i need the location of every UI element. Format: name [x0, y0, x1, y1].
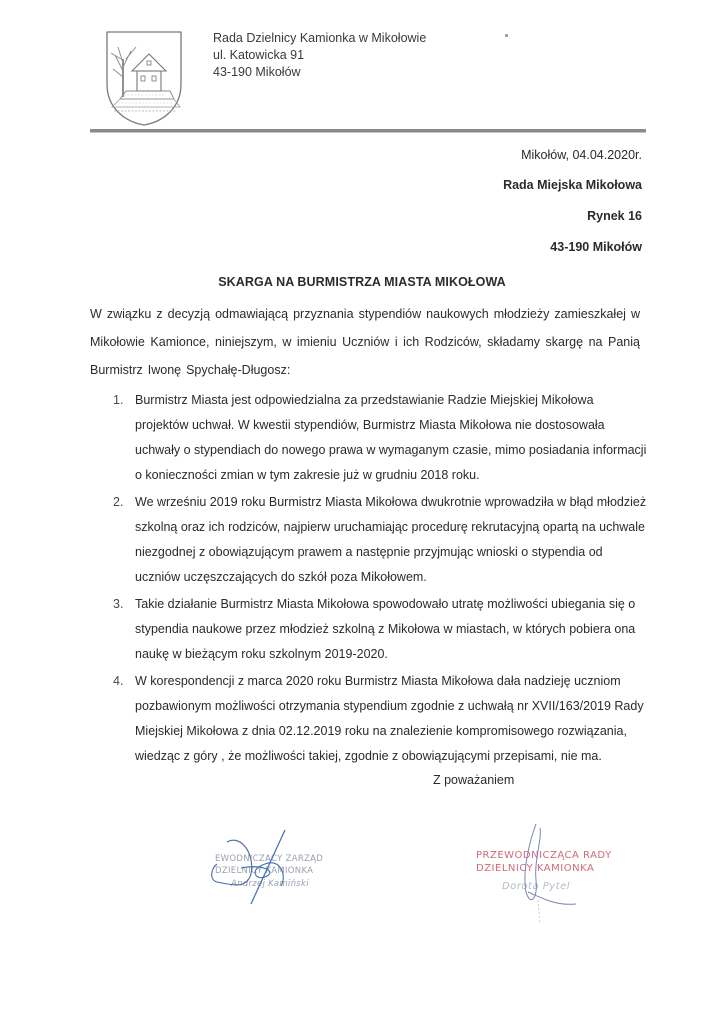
list-item-text: W korespondencji z marca 2020 roku Burmi…: [135, 674, 644, 763]
list-item-text: Takie działanie Burmistrz Miasta Mikołow…: [135, 597, 635, 661]
scan-speck: [505, 34, 508, 37]
right-handwritten-signature: [472, 820, 612, 930]
complaint-points-list: 1. Burmistrz Miasta jest odpowiedzialna …: [108, 388, 648, 771]
document-title: SKARGA NA BURMISTRZA MIASTA MIKOŁOWA: [0, 275, 724, 289]
right-stamp-name: Dorota Pytel: [502, 881, 570, 892]
recipient-street: Rynek 16: [587, 209, 642, 223]
sender-org-name: Rada Dzielnicy Kamionka w Mikołowie: [213, 30, 426, 47]
left-stamp-line1: EWODNICZĄCY ZARZĄD: [215, 854, 323, 864]
right-stamp-line1: PRZEWODNICZĄCA RADY: [476, 850, 612, 861]
list-item: 4. W korespondencji z marca 2020 roku Bu…: [108, 669, 648, 769]
sender-city: 43-190 Mikołów: [213, 64, 426, 81]
right-stamp: PRZEWODNICZĄCA RADY DZIELNICY KAMIONKA D…: [472, 848, 612, 918]
letter-date: Mikołów, 04.04.2020r.: [521, 148, 642, 162]
coat-of-arms-logo: [104, 29, 184, 127]
recipient-name: Rada Miejska Mikołowa: [503, 178, 642, 192]
header-divider: [90, 129, 646, 133]
left-stamp-line2: DZIELNICY KAMIONKA: [215, 866, 313, 876]
closing-salutation: Z poważaniem: [433, 773, 514, 787]
list-item-number: 4.: [113, 669, 123, 694]
shield-house-tree-icon: [104, 29, 184, 127]
left-stamp: EWODNICZĄCY ZARZĄD DZIELNICY KAMIONKA An…: [213, 832, 323, 912]
right-stamp-line2: DZIELNICY KAMIONKA: [476, 863, 594, 874]
list-item: 3. Takie działanie Burmistrz Miasta Miko…: [108, 592, 648, 667]
list-item-number: 1.: [113, 388, 123, 413]
list-item-text: We wrześniu 2019 roku Burmistrz Miasta M…: [135, 495, 646, 584]
sender-street: ul. Katowicka 91: [213, 47, 426, 64]
list-item: 1. Burmistrz Miasta jest odpowiedzialna …: [108, 388, 648, 488]
left-stamp-name: Andrzej Kamiński: [231, 879, 309, 889]
list-item: 2. We wrześniu 2019 roku Burmistrz Miast…: [108, 490, 648, 590]
intro-paragraph: W związku z decyzją odmawiającą przyznan…: [90, 300, 640, 384]
list-item-number: 2.: [113, 490, 123, 515]
recipient-city: 43-190 Mikołów: [550, 240, 642, 254]
sender-address-block: Rada Dzielnicy Kamionka w Mikołowie ul. …: [213, 30, 426, 81]
list-item-number: 3.: [113, 592, 123, 617]
list-item-text: Burmistrz Miasta jest odpowiedzialna za …: [135, 393, 646, 482]
